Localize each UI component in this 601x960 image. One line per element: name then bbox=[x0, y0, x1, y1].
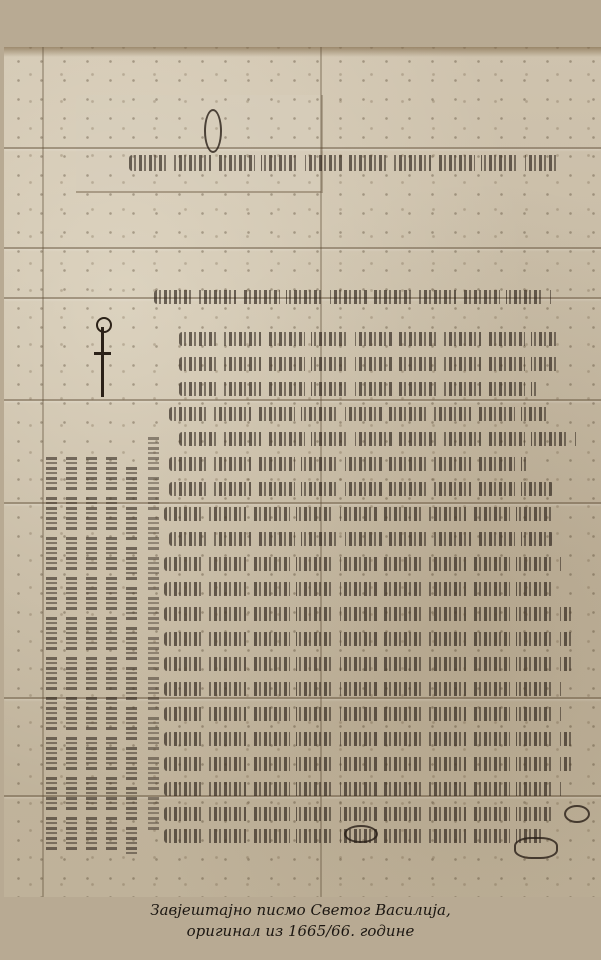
manuscript-line bbox=[154, 290, 554, 304]
manuscript-line bbox=[164, 507, 554, 521]
page-frame: Завјештајно писмо Светог Василија, ориги… bbox=[0, 0, 601, 960]
manuscript-line bbox=[164, 757, 574, 771]
ink-flourish bbox=[204, 109, 222, 153]
margin-vertical-line bbox=[86, 457, 97, 857]
manuscript-line bbox=[164, 732, 574, 746]
margin-vertical-line bbox=[46, 457, 57, 857]
manuscript-line bbox=[164, 557, 564, 571]
manuscript-line bbox=[164, 807, 554, 821]
manuscript-line bbox=[164, 782, 564, 796]
image-caption: Завјештајно писмо Светог Василија, ориги… bbox=[0, 898, 601, 960]
manuscript-line bbox=[164, 607, 574, 621]
manuscript-line bbox=[179, 432, 579, 446]
manuscript-line bbox=[169, 532, 554, 546]
manuscript-line bbox=[169, 407, 549, 421]
margin-vertical-line bbox=[126, 467, 137, 857]
manuscript-line bbox=[164, 582, 559, 596]
folded-paper-patch bbox=[76, 95, 323, 193]
signature-flourish bbox=[564, 805, 590, 823]
signature-flourish bbox=[514, 837, 558, 859]
manuscript-line bbox=[164, 657, 574, 671]
manuscript-line bbox=[164, 632, 574, 646]
caption-line-1: Завјештајно писмо Светог Василија, bbox=[0, 900, 601, 921]
margin-vertical-line bbox=[148, 437, 159, 837]
paper-edge-stain bbox=[4, 47, 601, 57]
caption-line-2: оригинал из 1665/66. године bbox=[0, 921, 601, 942]
fold-line-vertical bbox=[42, 47, 44, 897]
margin-vertical-line bbox=[106, 457, 117, 857]
manuscript-line bbox=[164, 707, 564, 721]
margin-vertical-line bbox=[66, 457, 77, 857]
manuscript-line bbox=[179, 382, 539, 396]
fold-line bbox=[4, 247, 601, 249]
fold-line bbox=[4, 147, 601, 149]
manuscript-line bbox=[179, 357, 559, 371]
manuscript-line bbox=[169, 482, 554, 496]
cross-symbol bbox=[92, 317, 112, 407]
manuscript-paper bbox=[4, 47, 601, 897]
manuscript-line bbox=[179, 332, 559, 346]
manuscript-heading-line bbox=[129, 155, 559, 171]
manuscript-line bbox=[164, 682, 564, 696]
signature-flourish bbox=[344, 825, 378, 843]
manuscript-line bbox=[169, 457, 529, 471]
